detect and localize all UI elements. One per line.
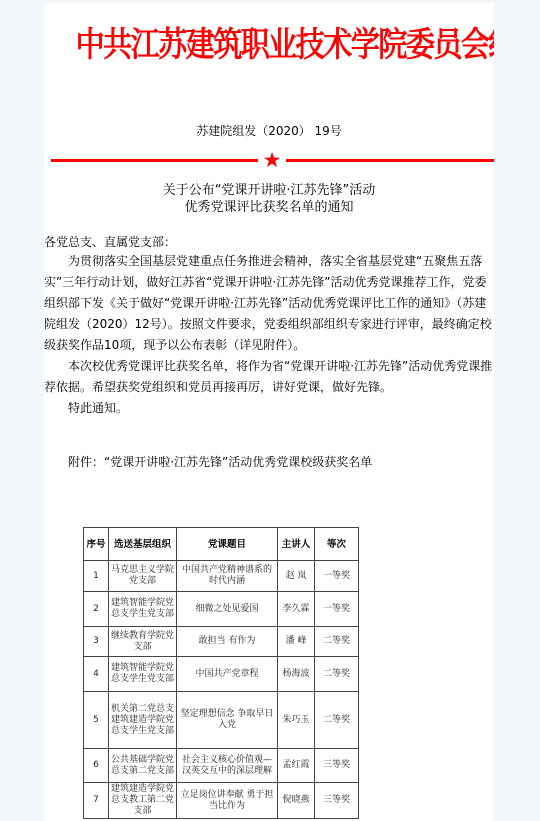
cell-no: 7 <box>84 783 109 819</box>
cell-org: 继续教育学院党支部 <box>109 627 177 657</box>
cell-speaker: 杨海波 <box>278 657 315 692</box>
star-icon: ★ <box>261 149 283 171</box>
cell-speaker: 潘 峰 <box>278 627 315 657</box>
red-divider: ★ <box>51 153 494 169</box>
cell-topic: 敢担当 有作为 <box>177 627 278 657</box>
cell-topic: 立足岗位讲奉献 勇于担当比作为 <box>177 783 278 819</box>
title-line-1: 关于公布“党课开讲啦·江苏先锋”活动 <box>44 182 494 199</box>
notice-body: 为贯彻落实全国基层党建重点任务推进会精神，落实全省基层党建“五聚焦五落实”三年行… <box>44 251 494 419</box>
cell-rank: 二等奖 <box>315 657 359 692</box>
cell-topic: 中国共产党章程 <box>177 657 278 692</box>
cell-rank: 一等奖 <box>315 592 359 627</box>
cell-org: 建筑智能学院党总支学生党支部 <box>109 592 177 627</box>
cell-topic: 坚定理想信念 争取早日入党 <box>177 692 278 749</box>
cell-speaker: 李久霖 <box>278 592 315 627</box>
masthead-title: 中共江苏建筑职业技术学院委员会组织部文件 <box>76 17 463 66</box>
table-row: 3 继续教育学院党支部 敢担当 有作为 潘 峰 二等奖 <box>84 627 359 657</box>
table-row: 4 建筑智能学院党总支学生党支部 中国共产党章程 杨海波 二等奖 <box>84 657 359 692</box>
header-speaker: 主讲人 <box>278 528 315 561</box>
notice-title: 关于公布“党课开讲啦·江苏先锋”活动 优秀党课评比获奖名单的通知 <box>44 182 494 216</box>
header-rank: 等次 <box>315 528 359 561</box>
cell-rank: 一等奖 <box>315 561 359 592</box>
cell-no: 6 <box>84 749 109 783</box>
awards-table: 序号 选送基层组织 党课题目 主讲人 等次 1 马克思主义学院党支部 中国共产党… <box>83 527 359 819</box>
divider-line-right <box>286 159 494 162</box>
divider-line-left <box>51 159 258 162</box>
cell-org: 公共基础学院党总支第二党支部 <box>109 749 177 783</box>
table-row: 2 建筑智能学院党总支学生党支部 细微之处见爱国 李久霖 一等奖 <box>84 592 359 627</box>
cell-org: 机关第二党总支建筑建造学院党总支学生党支部 <box>109 692 177 749</box>
cell-org: 建筑建造学院党总支教工第二党支部 <box>109 783 177 819</box>
cell-org: 马克思主义学院党支部 <box>109 561 177 592</box>
cell-no: 2 <box>84 592 109 627</box>
cell-speaker: 倪晓燕 <box>278 783 315 819</box>
cell-no: 5 <box>84 692 109 749</box>
document-page: 中共江苏建筑职业技术学院委员会组织部文件 苏建院组发（2020） 19号 ★ 关… <box>44 3 494 821</box>
table-row: 1 马克思主义学院党支部 中国共产党精神谱系的时代内涵 赵 岚 一等奖 <box>84 561 359 592</box>
cell-speaker: 孟红霞 <box>278 749 315 783</box>
title-line-2: 优秀党课评比获奖名单的通知 <box>44 199 494 216</box>
cell-speaker: 朱巧玉 <box>278 692 315 749</box>
cell-org: 建筑智能学院党总支学生党支部 <box>109 657 177 692</box>
table-header-row: 序号 选送基层组织 党课题目 主讲人 等次 <box>84 528 359 561</box>
table-row: 6 公共基础学院党总支第二党支部 社会主义核心价值观—汉英交互中的深层理解 孟红… <box>84 749 359 783</box>
cell-no: 4 <box>84 657 109 692</box>
cell-no: 3 <box>84 627 109 657</box>
cell-topic: 社会主义核心价值观—汉英交互中的深层理解 <box>177 749 278 783</box>
header-topic: 党课题目 <box>177 528 278 561</box>
cell-topic: 中国共产党精神谱系的时代内涵 <box>177 561 278 592</box>
cell-speaker: 赵 岚 <box>278 561 315 592</box>
header-no: 序号 <box>84 528 109 561</box>
paragraph-1: 为贯彻落实全国基层党建重点任务推进会精神，落实全省基层党建“五聚焦五落实”三年行… <box>44 251 494 356</box>
salutation: 各党总支、直属党支部： <box>44 233 176 250</box>
document-number: 苏建院组发（2020） 19号 <box>44 122 494 139</box>
header-org: 选送基层组织 <box>109 528 177 561</box>
cell-rank: 二等奖 <box>315 627 359 657</box>
paragraph-3: 特此通知。 <box>44 398 494 419</box>
paragraph-2: 本次校优秀党课评比获奖名单，将作为省“党课开讲啦·江苏先锋”活动优秀党课推荐依据… <box>44 356 494 398</box>
table-row: 5 机关第二党总支建筑建造学院党总支学生党支部 坚定理想信念 争取早日入党 朱巧… <box>84 692 359 749</box>
cell-no: 1 <box>84 561 109 592</box>
attachment-label: 附件：“党课开讲啦·江苏先锋”活动优秀党课校级获奖名单 <box>68 453 372 470</box>
cell-rank: 三等奖 <box>315 783 359 819</box>
cell-rank: 二等奖 <box>315 692 359 749</box>
cell-topic: 细微之处见爱国 <box>177 592 278 627</box>
cell-rank: 三等奖 <box>315 749 359 783</box>
table-row: 7 建筑建造学院党总支教工第二党支部 立足岗位讲奉献 勇于担当比作为 倪晓燕 三… <box>84 783 359 819</box>
